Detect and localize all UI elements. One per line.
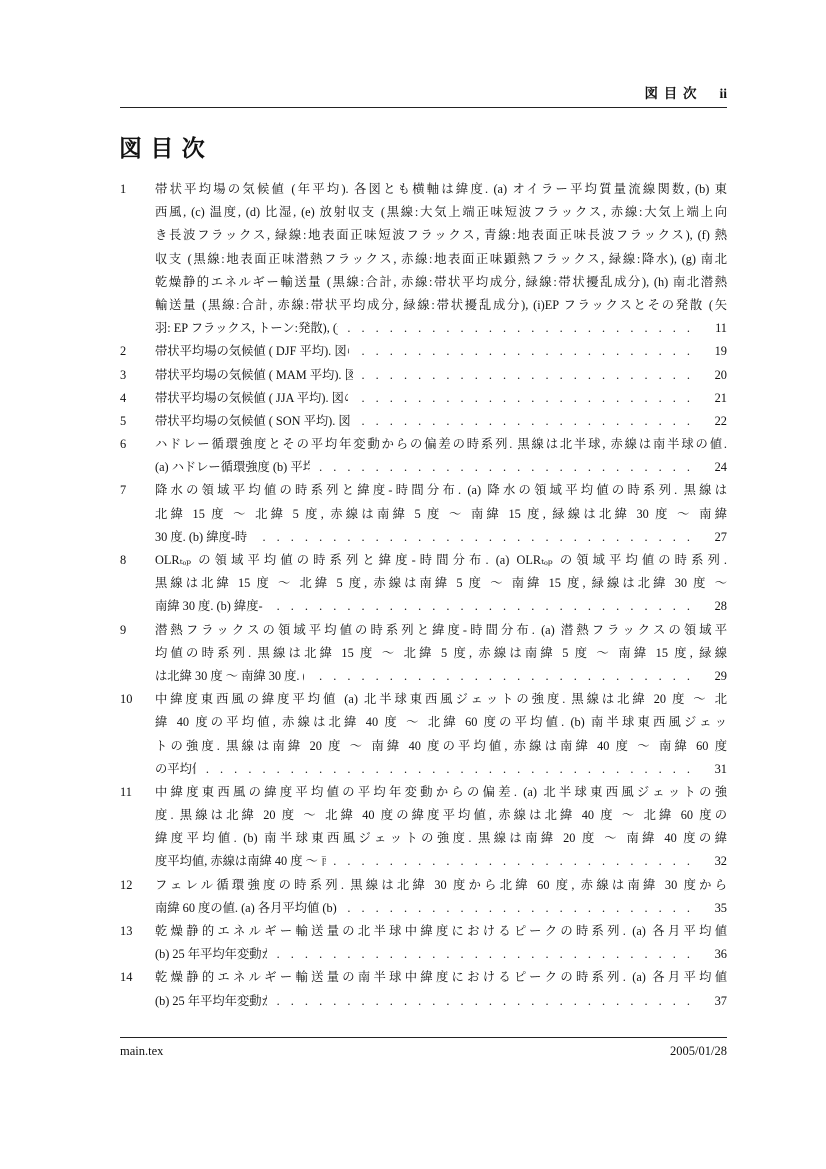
entry-line: 帯状平均場の気候値 ( SON 平均). 図の各量, および軸は図?? と同じ.…	[155, 410, 727, 433]
entry-page-number: 35	[699, 897, 727, 920]
entry-line-text: 南緯 30 度. (b) 緯度-時間分布.	[155, 595, 263, 618]
footer-date: 2005/01/28	[670, 1043, 727, 1059]
dot-leader	[358, 410, 694, 433]
entry-line: (b) 25 年平均年変動からの偏差36	[155, 943, 727, 966]
entry-line-text: 帯状平均場の気候値 ( DJF 平均). 図の各量, および軸は図?? と同じ.	[155, 340, 349, 363]
entry-line: の平均値.31	[155, 758, 727, 781]
figure-entry: 14 乾燥静的エネルギー輸送量の南半球中緯度におけるピークの時系列. (a) 各…	[120, 966, 727, 1012]
entry-page-number: 37	[699, 990, 727, 1013]
entry-line: 乾燥静的エネルギー輸送量の南半球中緯度におけるピークの時系列. (a) 各月平均…	[155, 966, 727, 989]
figure-entry: 2 帯状平均場の気候値 ( DJF 平均). 図の各量, および軸は図?? と同…	[120, 340, 727, 363]
entry-page-number: 36	[699, 943, 727, 966]
entry-line-text: の平均値.	[155, 758, 196, 781]
entry-line: 北緯 15 度 〜 北緯 5 度, 赤線は南緯 5 度 〜 南緯 15 度, 緑…	[155, 503, 727, 526]
dot-leader	[274, 990, 694, 1013]
dot-leader	[254, 526, 694, 549]
entry-line: (a) ハドレー循環強度 (b) 平均年変動からの偏差24	[155, 456, 727, 479]
dot-leader	[317, 456, 694, 479]
entry-line: 緯度平均値. (b) 南半球東西風ジェットの強度. 黒線は南緯 20 度 〜 南…	[155, 827, 727, 850]
footer-rule	[120, 1037, 727, 1038]
dot-leader	[345, 317, 694, 340]
entry-line: 乾燥静的エネルギー輸送量 (黒線:合計, 赤線:帯状平均成分, 緑線:帯状擾乱成…	[155, 271, 727, 294]
entry-line-text: 南緯 60 度の値. (a) 各月平均値 (b) 25 年平均年変動からの偏差	[155, 897, 340, 920]
dot-leader	[311, 665, 694, 688]
entry-line: 度平均値, 赤線は南緯 40 度 〜 南緯 60 度の緯度平均値.32	[155, 850, 727, 873]
figure-number: 7	[120, 479, 155, 502]
entry-line: き長波フラックス, 緑線:地表面正味短波フラックス, 青線:地表面正味長波フラッ…	[155, 224, 727, 247]
figure-entry: 5 帯状平均場の気候値 ( SON 平均). 図の各量, および軸は図?? と同…	[120, 410, 727, 433]
figure-text: 潜熱フラックスの領域平均値の時系列と緯度-時間分布. (a) 潜熱フラックスの領…	[155, 619, 727, 689]
running-header-page-number: ii	[719, 86, 727, 101]
figure-text: 中緯度東西風の緯度平均値 (a) 北半球東西風ジェットの強度. 黒線は北緯 20…	[155, 688, 727, 781]
figure-list: 1 帯状平均場の気候値 (年平均). 各図とも横軸は緯度. (a) オイラー平均…	[120, 178, 727, 1013]
entry-page-number: 32	[699, 850, 727, 873]
dot-leader	[347, 897, 694, 920]
entry-line: 均値の時系列. 黒線は北緯 15 度 〜 北緯 5 度, 赤線は南緯 5 度 〜…	[155, 642, 727, 665]
figure-entry: 13 乾燥静的エネルギー輸送量の北半球中緯度におけるピークの時系列. (a) 各…	[120, 920, 727, 966]
figure-number: 14	[120, 966, 155, 989]
footer-filename: main.tex	[120, 1043, 163, 1059]
figure-number: 12	[120, 874, 155, 897]
entry-line: 潜熱フラックスの領域平均値の時系列と緯度-時間分布. (a) 潜熱フラックスの領…	[155, 619, 727, 642]
running-header: 図 目 次ii	[120, 87, 727, 101]
figure-number: 8	[120, 549, 155, 572]
entry-line-text: 帯状平均場の気候値 ( SON 平均). 図の各量, および軸は図?? と同じ.	[155, 410, 351, 433]
dot-leader	[356, 340, 694, 363]
entry-page-number: 24	[699, 456, 727, 479]
figure-entry: 3 帯状平均場の気候値 ( MAM 平均). 図の各量, および軸は図?? と同…	[120, 364, 727, 387]
entry-page-number: 28	[699, 595, 727, 618]
figure-text: OLRₜₒₚ の領域平均値の時系列と緯度-時間分布. (a) OLRₜₒₚ の領…	[155, 549, 727, 619]
figure-entry: 9 潜熱フラックスの領域平均値の時系列と緯度-時間分布. (a) 潜熱フラックス…	[120, 619, 727, 689]
entry-line: フェレル循環強度の時系列. 黒線は北緯 30 度から北緯 60 度, 赤線は南緯…	[155, 874, 727, 897]
entry-line: 乾燥静的エネルギー輸送量の北半球中緯度におけるピークの時系列. (a) 各月平均…	[155, 920, 727, 943]
figure-text: 乾燥静的エネルギー輸送量の北半球中緯度におけるピークの時系列. (a) 各月平均…	[155, 920, 727, 966]
figure-number: 11	[120, 781, 155, 804]
entry-line: 緯 40 度の平均値, 赤線は北緯 40 度 〜 北緯 60 度の平均値. (b…	[155, 711, 727, 734]
figure-entry: 8 OLRₜₒₚ の領域平均値の時系列と緯度-時間分布. (a) OLRₜₒₚ …	[120, 549, 727, 619]
figure-entry: 6 ハドレー循環強度とその平均年変動からの偏差の時系列. 黒線は北半球, 赤線は…	[120, 433, 727, 479]
entry-line-text: (a) ハドレー循環強度 (b) 平均年変動からの偏差	[155, 456, 310, 479]
figure-number: 9	[120, 619, 155, 642]
page-title: 図 目 次	[119, 133, 206, 163]
header-rule	[120, 107, 727, 108]
figure-entry: 4 帯状平均場の気候値 ( JJA 平均). 図の各量, および軸は図?? と同…	[120, 387, 727, 410]
figure-text: 降水の領域平均値の時系列と緯度-時間分布. (a) 降水の領域平均値の時系列. …	[155, 479, 727, 549]
figure-number: 2	[120, 340, 155, 363]
figure-number: 5	[120, 410, 155, 433]
entry-line: 黒線は北緯 15 度 〜 北緯 5 度, 赤線は南緯 5 度 〜 南緯 15 度…	[155, 572, 727, 595]
figure-number: 1	[120, 178, 155, 201]
document-page: 図 目 次ii 図 目 次 1 帯状平均場の気候値 (年平均). 各図とも横軸は…	[0, 0, 826, 1169]
figure-entry: 1 帯状平均場の気候値 (年平均). 各図とも横軸は緯度. (a) オイラー平均…	[120, 178, 727, 340]
figure-text: 帯状平均場の気候値 ( SON 平均). 図の各量, および軸は図?? と同じ.…	[155, 410, 727, 433]
entry-line: は北緯 30 度 〜 南緯 30 度. (b) 緯度-時間分布.29	[155, 665, 727, 688]
entry-line: 中緯度東西風の緯度平均値の平均年変動からの偏差. (a) 北半球東西風ジェットの…	[155, 781, 727, 804]
figure-number: 10	[120, 688, 155, 711]
figure-text: フェレル循環強度の時系列. 黒線は北緯 30 度から北緯 60 度, 赤線は南緯…	[155, 874, 727, 920]
entry-line-text: 羽: EP フラックス, トーン:発散), (j) 残差循環の質量流線関数.	[155, 317, 338, 340]
entry-line: 収支 (黒線:地表面正味潜熱フラックス, 赤線:地表面正味顕熱フラックス, 緑線…	[155, 248, 727, 271]
entry-line: 30 度. (b) 緯度-時間分布.27	[155, 526, 727, 549]
dot-leader	[360, 364, 694, 387]
entry-line: 度. 黒線は北緯 20 度 〜 北緯 40 度の緯度平均値, 赤線は北緯 40 …	[155, 804, 727, 827]
dot-leader	[274, 943, 694, 966]
entry-line: トの強度. 黒線は南緯 20 度 〜 南緯 40 度の平均値, 赤線は南緯 40…	[155, 735, 727, 758]
dot-leader	[355, 387, 694, 410]
entry-line-text: 度平均値, 赤線は南緯 40 度 〜 南緯 60 度の緯度平均値.	[155, 850, 326, 873]
entry-line-text: 帯状平均場の気候値 ( JJA 平均). 図の各量, および軸は図?? と同じ.	[155, 387, 348, 410]
entry-line: ハドレー循環強度とその平均年変動からの偏差の時系列. 黒線は北半球, 赤線は南半…	[155, 433, 727, 456]
figure-entry: 7 降水の領域平均値の時系列と緯度-時間分布. (a) 降水の領域平均値の時系列…	[120, 479, 727, 549]
entry-line-text: は北緯 30 度 〜 南緯 30 度. (b) 緯度-時間分布.	[155, 665, 304, 688]
figure-number: 3	[120, 364, 155, 387]
figure-text: 中緯度東西風の緯度平均値の平均年変動からの偏差. (a) 北半球東西風ジェットの…	[155, 781, 727, 874]
entry-line: 帯状平均場の気候値 (年平均). 各図とも横軸は緯度. (a) オイラー平均質量…	[155, 178, 727, 201]
figure-number: 6	[120, 433, 155, 456]
entry-line: (b) 25 年平均年変動からの偏差37	[155, 990, 727, 1013]
dot-leader	[203, 758, 694, 781]
figure-text: 帯状平均場の気候値 ( DJF 平均). 図の各量, および軸は図?? と同じ.…	[155, 340, 727, 363]
dot-leader	[333, 850, 694, 873]
figure-number: 4	[120, 387, 155, 410]
entry-page-number: 21	[699, 387, 727, 410]
entry-line: 南緯 30 度. (b) 緯度-時間分布.28	[155, 595, 727, 618]
entry-page-number: 27	[699, 526, 727, 549]
entry-page-number: 22	[699, 410, 727, 433]
dot-leader	[270, 595, 694, 618]
figure-text: 帯状平均場の気候値 ( JJA 平均). 図の各量, および軸は図?? と同じ.…	[155, 387, 727, 410]
running-header-title: 図 目 次	[644, 86, 697, 101]
entry-line: 西風, (c) 温度, (d) 比湿, (e) 放射収支 (黒線:大気上端正味短…	[155, 201, 727, 224]
entry-line-text: 30 度. (b) 緯度-時間分布.	[155, 526, 247, 549]
entry-line-text: (b) 25 年平均年変動からの偏差	[155, 943, 267, 966]
figure-text: 帯状平均場の気候値 ( MAM 平均). 図の各量, および軸は図?? と同じ.…	[155, 364, 727, 387]
entry-line: 帯状平均場の気候値 ( JJA 平均). 図の各量, および軸は図?? と同じ.…	[155, 387, 727, 410]
entry-page-number: 31	[699, 758, 727, 781]
entry-line: 帯状平均場の気候値 ( DJF 平均). 図の各量, および軸は図?? と同じ.…	[155, 340, 727, 363]
entry-line: 降水の領域平均値の時系列と緯度-時間分布. (a) 降水の領域平均値の時系列. …	[155, 479, 727, 502]
figure-entry: 11 中緯度東西風の緯度平均値の平均年変動からの偏差. (a) 北半球東西風ジェ…	[120, 781, 727, 874]
entry-line: 南緯 60 度の値. (a) 各月平均値 (b) 25 年平均年変動からの偏差3…	[155, 897, 727, 920]
entry-line: 中緯度東西風の緯度平均値 (a) 北半球東西風ジェットの強度. 黒線は北緯 20…	[155, 688, 727, 711]
figure-entry: 10 中緯度東西風の緯度平均値 (a) 北半球東西風ジェットの強度. 黒線は北緯…	[120, 688, 727, 781]
figure-text: 帯状平均場の気候値 (年平均). 各図とも横軸は緯度. (a) オイラー平均質量…	[155, 178, 727, 340]
entry-page-number: 19	[699, 340, 727, 363]
figure-text: ハドレー循環強度とその平均年変動からの偏差の時系列. 黒線は北半球, 赤線は南半…	[155, 433, 727, 479]
entry-page-number: 11	[699, 317, 727, 340]
entry-page-number: 20	[699, 364, 727, 387]
entry-line-text: 帯状平均場の気候値 ( MAM 平均). 図の各量, および軸は図?? と同じ.	[155, 364, 353, 387]
entry-page-number: 29	[699, 665, 727, 688]
entry-line: 帯状平均場の気候値 ( MAM 平均). 図の各量, および軸は図?? と同じ.…	[155, 364, 727, 387]
entry-line: OLRₜₒₚ の領域平均値の時系列と緯度-時間分布. (a) OLRₜₒₚ の領…	[155, 549, 727, 572]
figure-number: 13	[120, 920, 155, 943]
entry-line: 羽: EP フラックス, トーン:発散), (j) 残差循環の質量流線関数.11	[155, 317, 727, 340]
figure-text: 乾燥静的エネルギー輸送量の南半球中緯度におけるピークの時系列. (a) 各月平均…	[155, 966, 727, 1012]
figure-entry: 12 フェレル循環強度の時系列. 黒線は北緯 30 度から北緯 60 度, 赤線…	[120, 874, 727, 920]
entry-line: 輸送量 (黒線:合計, 赤線:帯状平均成分, 緑線:帯状擾乱成分), (i)EP…	[155, 294, 727, 317]
running-footer: main.tex 2005/01/28	[120, 1043, 727, 1059]
entry-line-text: (b) 25 年平均年変動からの偏差	[155, 990, 267, 1013]
